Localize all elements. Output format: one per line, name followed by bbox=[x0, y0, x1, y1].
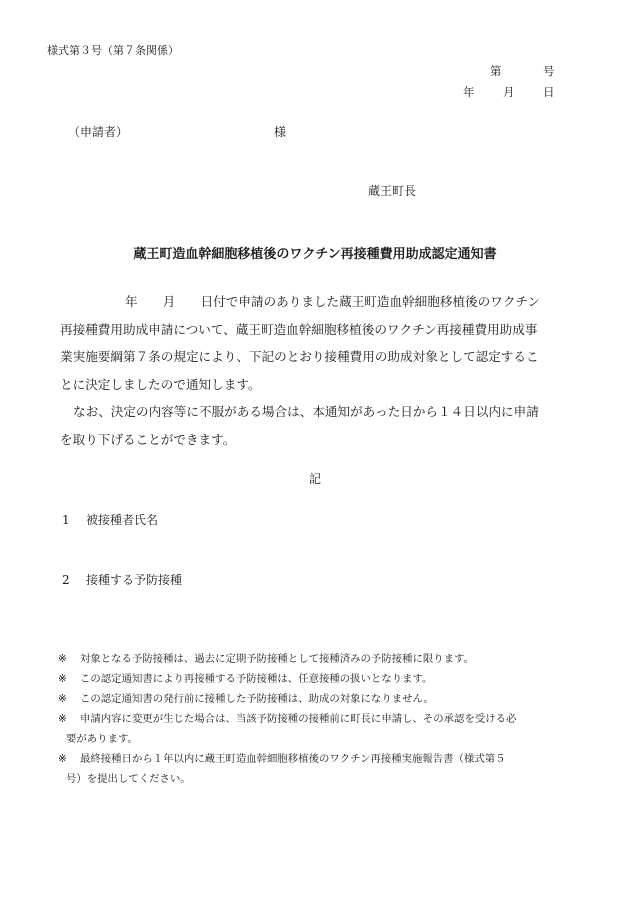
reference-mark-icon: ※ bbox=[58, 709, 80, 729]
item-number: 2 bbox=[62, 573, 86, 587]
reference-mark-icon: ※ bbox=[58, 649, 80, 669]
body-line: 再接種費用助成申請について、蔵王町造血幹細胞移植後のワクチン再接種費用助成事 bbox=[60, 316, 572, 344]
item-label: 接種する予防接種 bbox=[86, 573, 182, 587]
note-item: ※この認定通知書の発行前に接種した予防接種は、助成の対象になりません。 bbox=[58, 689, 578, 709]
reference-mark-icon: ※ bbox=[58, 669, 80, 689]
body-line: を取り下げることができます。 bbox=[60, 426, 572, 454]
body-line: 業実施要綱第７条の規定により、下記のとおり接種費用の助成対象として認定するこ bbox=[60, 343, 572, 371]
body-line: とに決定しましたので通知します。 bbox=[60, 371, 572, 399]
body-paragraphs: 年 月 日付で申請のありました蔵王町造血幹細胞移植後のワクチン 再接種費用助成申… bbox=[60, 288, 572, 453]
item-label: 被接種者氏名 bbox=[86, 513, 158, 527]
item-vaccination: 2接種する予防接種 bbox=[62, 571, 182, 588]
notes-list: ※対象となる予防接種は、過去に定期予防接種として接種済みの予防接種に限ります。 … bbox=[58, 649, 578, 789]
note-text: 対象となる予防接種は、過去に定期予防接種として接種済みの予防接種に限ります。 bbox=[80, 653, 474, 665]
note-item: ※対象となる予防接種は、過去に定期予防接種として接種済みの予防接種に限ります。 bbox=[58, 649, 578, 669]
reference-mark-icon: ※ bbox=[58, 749, 80, 769]
note-text: 最終接種日から１年以内に蔵王町造血幹細胞移植後のワクチン再接種実施報告書（様式第… bbox=[80, 753, 506, 765]
doc-number-prefix: 第 bbox=[490, 63, 502, 79]
document-title: 蔵王町造血幹細胞移植後のワクチン再接種費用助成認定通知書 bbox=[0, 243, 630, 262]
body-line: なお、決定の内容等に不服がある場合は、本通知があった日から１４日以内に申請 bbox=[60, 398, 572, 426]
date-month-label: 月 bbox=[503, 84, 515, 100]
note-text: この認定通知書により再接種する予防接種は、任意接種の扱いとなります。 bbox=[80, 673, 432, 685]
note-item: ※この認定通知書により再接種する予防接種は、任意接種の扱いとなります。 bbox=[58, 669, 578, 689]
note-text: 申請内容に変更が生じた場合は、当該予防接種の接種前に町長に申請し、その承認を受け… bbox=[80, 713, 516, 725]
date-day-label: 日 bbox=[543, 84, 555, 100]
note-continuation: 要があります。 bbox=[58, 729, 578, 749]
note-text: この認定通知書の発行前に接種した予防接種は、助成の対象になりません。 bbox=[80, 693, 434, 705]
body-line: 年 月 日付で申請のありました蔵王町造血幹細胞移植後のワクチン bbox=[60, 288, 572, 316]
date-year-label: 年 bbox=[463, 84, 475, 100]
item-number: 1 bbox=[62, 513, 86, 527]
honorific: 様 bbox=[274, 123, 286, 140]
applicant-label: （申請者） bbox=[68, 123, 128, 140]
doc-number-suffix: 号 bbox=[543, 63, 555, 79]
note-item: ※申請内容に変更が生じた場合は、当該予防接種の接種前に町長に申請し、その承認を受… bbox=[58, 709, 578, 729]
note-item: ※最終接種日から１年以内に蔵王町造血幹細胞移植後のワクチン再接種実施報告書（様式… bbox=[58, 749, 578, 769]
form-number: 様式第３号（第７条関係） bbox=[47, 42, 179, 58]
issuer-name: 蔵王町長 bbox=[368, 182, 416, 199]
item-recipient-name: 1被接種者氏名 bbox=[62, 511, 158, 528]
ki-heading: 記 bbox=[0, 470, 630, 487]
reference-mark-icon: ※ bbox=[58, 689, 80, 709]
note-continuation: 号）を提出してください。 bbox=[58, 769, 578, 789]
